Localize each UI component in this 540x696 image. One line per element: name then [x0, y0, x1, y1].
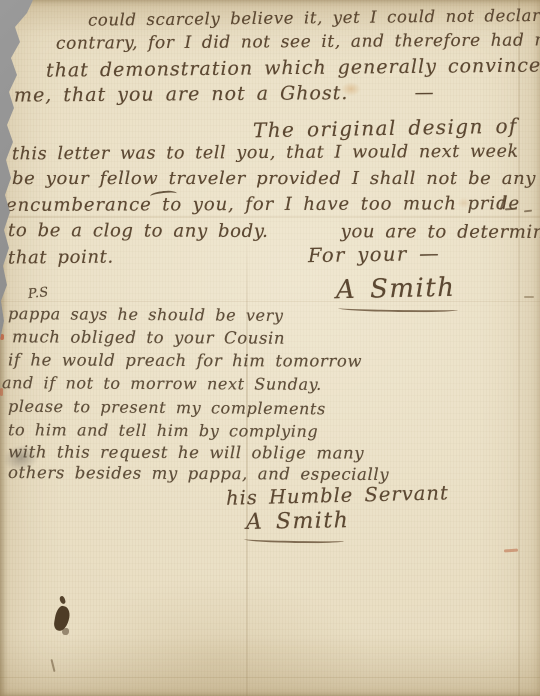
signature-underline: [338, 305, 458, 313]
signature-underline: [244, 536, 344, 544]
postscript-line: much obliged to your Cousin: [12, 327, 285, 347]
letter-line: could scarcely believe it, yet I could n…: [88, 5, 540, 29]
handwriting-layer: could scarcely believe it, yet I could n…: [0, 0, 540, 696]
letter-line: encumberance to you, for I have too much…: [6, 193, 520, 216]
postscript-line: if he would preach for him tomorrow: [8, 350, 362, 370]
letter-line: The original design of: [253, 114, 518, 143]
letter-line: that point.: [8, 247, 114, 269]
letter-line: that demonstration which generally convi…: [46, 54, 540, 81]
postscript-line: please to present my complements: [8, 397, 326, 419]
postscript-line: and if not to morrow next Sunday.: [2, 373, 322, 394]
signature: A Smith: [336, 273, 456, 305]
scan-background: could scarcely believe it, yet I could n…: [0, 0, 540, 696]
postscript-line: pappa says he should be very: [8, 304, 284, 325]
postscript-line: with this request he will oblige many: [8, 442, 364, 462]
valediction: his Humble Servant: [226, 481, 449, 509]
letter-line: to be a clog to any body. you are to det…: [8, 220, 540, 243]
letter-line: this letter was to tell you, that I woul…: [12, 142, 519, 165]
letter-paper: could scarcely believe it, yet I could n…: [0, 0, 540, 696]
letter-line: contrary, for I did not see it, and ther…: [56, 30, 540, 54]
letter-line: me, that you are not a Ghost. —: [14, 82, 435, 107]
postscript-line: to him and tell him by complying: [8, 420, 318, 441]
postscript-line: others besides my pappa, and especially: [8, 463, 389, 484]
postscript-label: P.S: [27, 285, 49, 302]
letter-line: be your fellow traveler provided I shall…: [12, 168, 536, 189]
signature: A Smith: [246, 508, 350, 535]
closing-phrase: For your —: [308, 242, 440, 267]
